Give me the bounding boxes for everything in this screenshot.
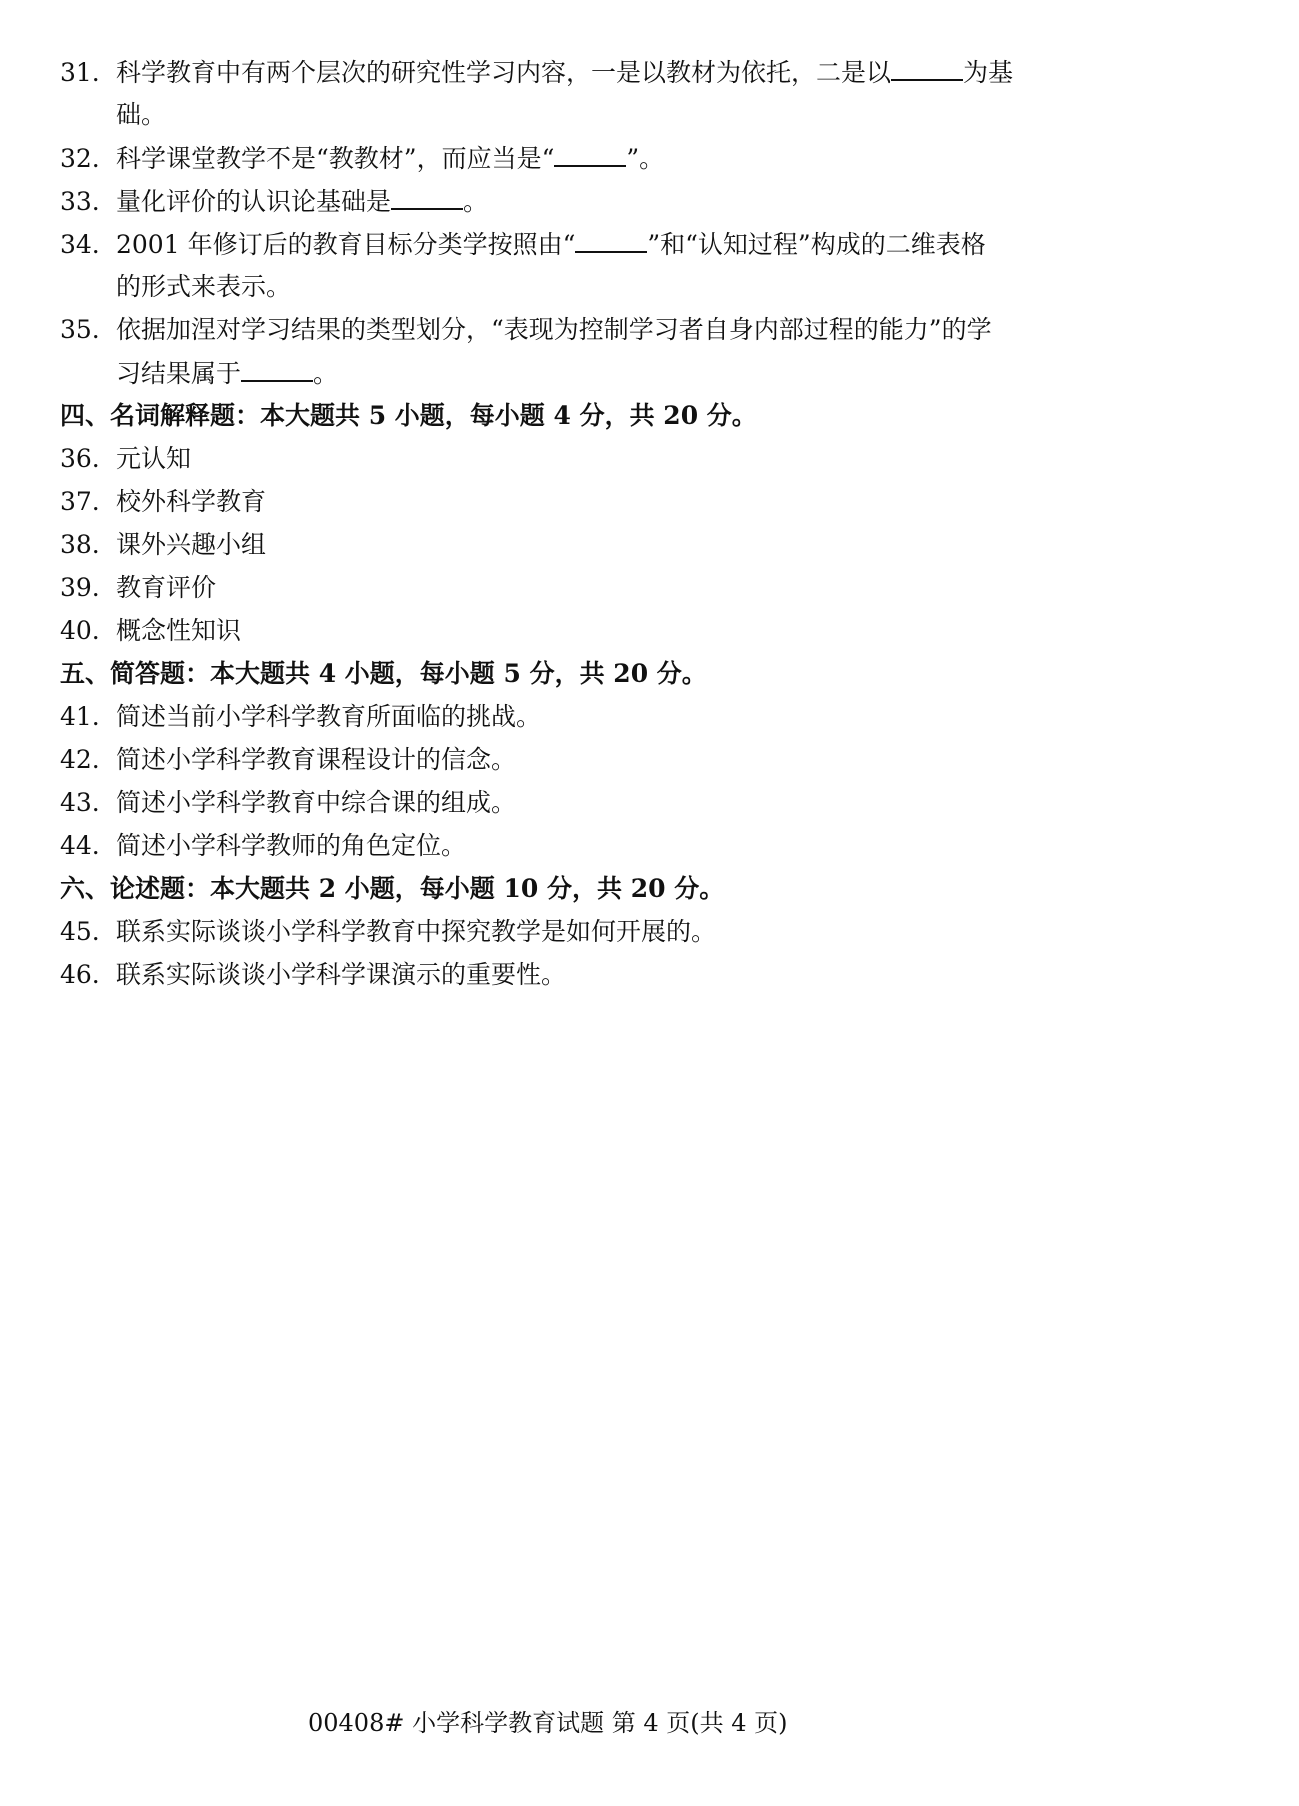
q-num: 43.	[60, 788, 116, 818]
q-text: 简述小学科学教育课程设计的信念。	[116, 745, 516, 774]
q-num: 42.	[60, 745, 116, 775]
question-35: 35.依据加涅对学习结果的类型划分，“表现为控制学习者自身内部过程的能力”的学	[60, 315, 992, 345]
question-34-cont: 的形式来表示。	[116, 272, 291, 302]
question-41: 41.简述当前小学科学教育所面临的挑战。	[60, 702, 541, 732]
q-text: 简述小学科学教育中综合课的组成。	[116, 788, 516, 817]
q-num: 39.	[60, 573, 116, 603]
section-6-title: 六、论述题：本大题共 2 小题，每小题 10 分，共 20 分。	[60, 874, 724, 904]
q-num: 37.	[60, 487, 116, 517]
question-34: 34.2001 年修订后的教育目标分类学按照由“”和“认知过程”构成的二维表格	[60, 229, 986, 260]
answer-blank	[241, 358, 313, 382]
question-39: 39.教育评价	[60, 573, 216, 603]
q-num: 40.	[60, 616, 116, 646]
question-31: 31.科学教育中有两个层次的研究性学习内容，一是以教材为依托，二是以为基	[60, 57, 1013, 88]
question-46: 46.联系实际谈谈小学科学课演示的重要性。	[60, 960, 566, 990]
q-text: 联系实际谈谈小学科学教育中探究教学是如何开展的。	[116, 917, 716, 946]
q-text: 量化评价的认识论基础是	[116, 187, 391, 216]
question-42: 42.简述小学科学教育课程设计的信念。	[60, 745, 516, 775]
q-num: 32.	[60, 144, 116, 174]
q-num: 45.	[60, 917, 116, 947]
q-text: 元认知	[116, 444, 191, 473]
answer-blank	[391, 186, 463, 210]
q-text: 简述小学科学教师的角色定位。	[116, 831, 466, 860]
q-num: 44.	[60, 831, 116, 861]
question-37: 37.校外科学教育	[60, 487, 266, 517]
q-text: 科学课堂教学不是“教教材”，而应当是“	[116, 144, 554, 173]
q-text: 依据加涅对学习结果的类型划分，“表现为控制学习者自身内部过程的能力”的学	[116, 315, 992, 344]
q-num: 38.	[60, 530, 116, 560]
q-num: 34.	[60, 230, 116, 260]
question-38: 38.课外兴趣小组	[60, 530, 266, 560]
answer-blank	[554, 143, 626, 167]
q-text: 科学教育中有两个层次的研究性学习内容，一是以教材为依托，二是以	[116, 58, 891, 87]
q-text: 教育评价	[116, 573, 216, 602]
q-text: 校外科学教育	[116, 487, 266, 516]
answer-blank	[575, 229, 647, 253]
section-4-title: 四、名词解释题：本大题共 5 小题，每小题 4 分，共 20 分。	[60, 401, 757, 431]
question-43: 43.简述小学科学教育中综合课的组成。	[60, 788, 516, 818]
q-text: 。	[463, 187, 488, 216]
question-33: 33.量化评价的认识论基础是。	[60, 186, 488, 217]
q-num: 35.	[60, 315, 116, 345]
q-text: 课外兴趣小组	[116, 530, 266, 559]
q-text: 简述当前小学科学教育所面临的挑战。	[116, 702, 541, 731]
page-footer: 00408# 小学科学教育试题 第 4 页(共 4 页)	[308, 1703, 788, 1738]
q-num: 46.	[60, 960, 116, 990]
section-5-title: 五、简答题：本大题共 4 小题，每小题 5 分，共 20 分。	[60, 659, 707, 689]
q-text: 习结果属于	[116, 359, 241, 388]
q-num: 33.	[60, 187, 116, 217]
q-num: 41.	[60, 702, 116, 732]
question-35-cont: 习结果属于。	[116, 358, 338, 389]
q-text: 。	[313, 359, 338, 388]
q-text: 联系实际谈谈小学科学课演示的重要性。	[116, 960, 566, 989]
question-45: 45.联系实际谈谈小学科学教育中探究教学是如何开展的。	[60, 917, 716, 947]
question-31-cont: 础。	[116, 100, 166, 130]
question-32: 32.科学课堂教学不是“教教材”，而应当是“”。	[60, 143, 664, 174]
question-36: 36.元认知	[60, 444, 191, 474]
question-44: 44.简述小学科学教师的角色定位。	[60, 831, 466, 861]
question-40: 40.概念性知识	[60, 616, 241, 646]
q-text: ”。	[626, 144, 664, 173]
q-text: ”和“认知过程”构成的二维表格	[647, 230, 985, 259]
q-num: 36.	[60, 444, 116, 474]
q-num: 31.	[60, 58, 116, 88]
q-text: 概念性知识	[116, 616, 241, 645]
q-text: 2001 年修订后的教育目标分类学按照由“	[116, 230, 575, 259]
answer-blank	[891, 57, 963, 81]
q-text: 为基	[963, 58, 1013, 87]
